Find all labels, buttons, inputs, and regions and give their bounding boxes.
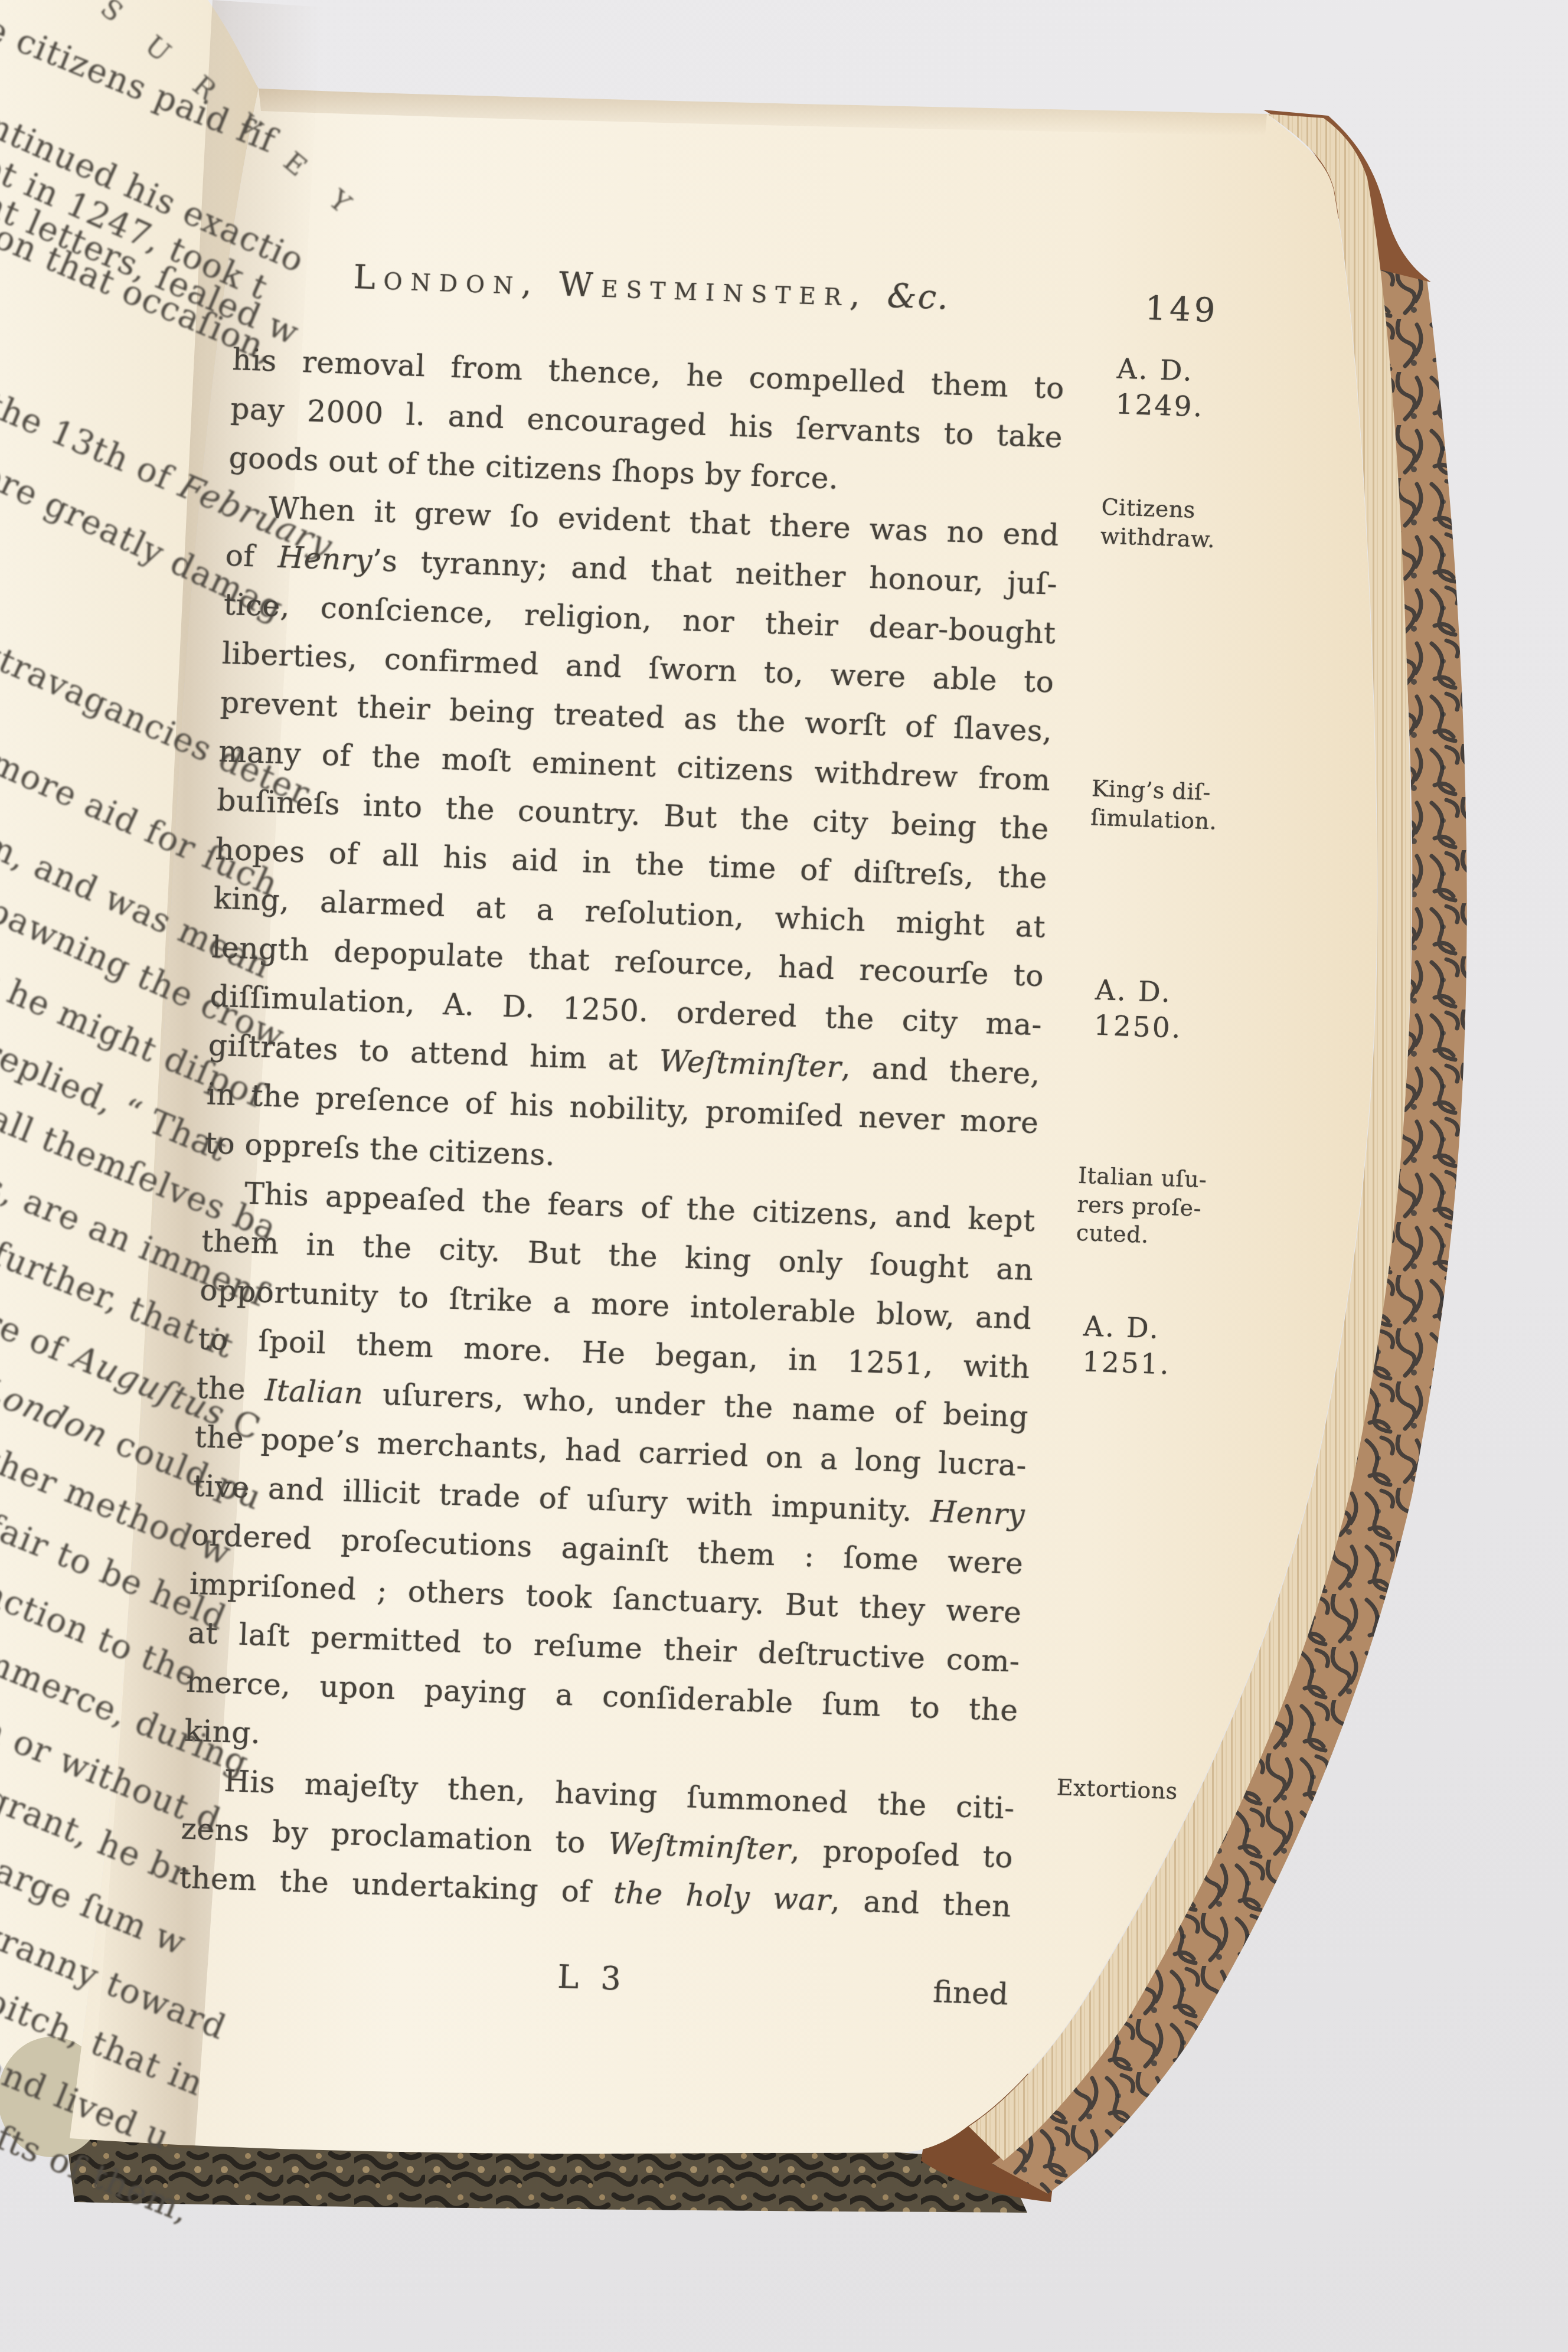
etc-glyph: &c. (887, 277, 950, 318)
margin-note: A. D.1251. (1071, 1309, 1279, 1387)
margin-note: King’s diſ-ſimulation. (1090, 774, 1287, 838)
margin-note: A. D.1249. (1105, 351, 1312, 429)
page-number: 149 (1144, 289, 1219, 330)
body-text: his removal from thence, he compelled th… (178, 335, 1065, 1932)
margin-note: Italian uſu-rers proſe-cuted. (1076, 1161, 1273, 1254)
margin-note: Citizenswithdraw. (1100, 493, 1296, 557)
recto-page-text: London, Westminster, &c. 149 his removal… (178, 335, 1065, 1932)
book-photo: S U R V E Ye citizens paid fifntinued hi… (0, 0, 1568, 2352)
margin-note: Extortions (1056, 1773, 1252, 1808)
catchword: fined (933, 1975, 1009, 2011)
margin-note: A. D.1250. (1083, 972, 1291, 1050)
